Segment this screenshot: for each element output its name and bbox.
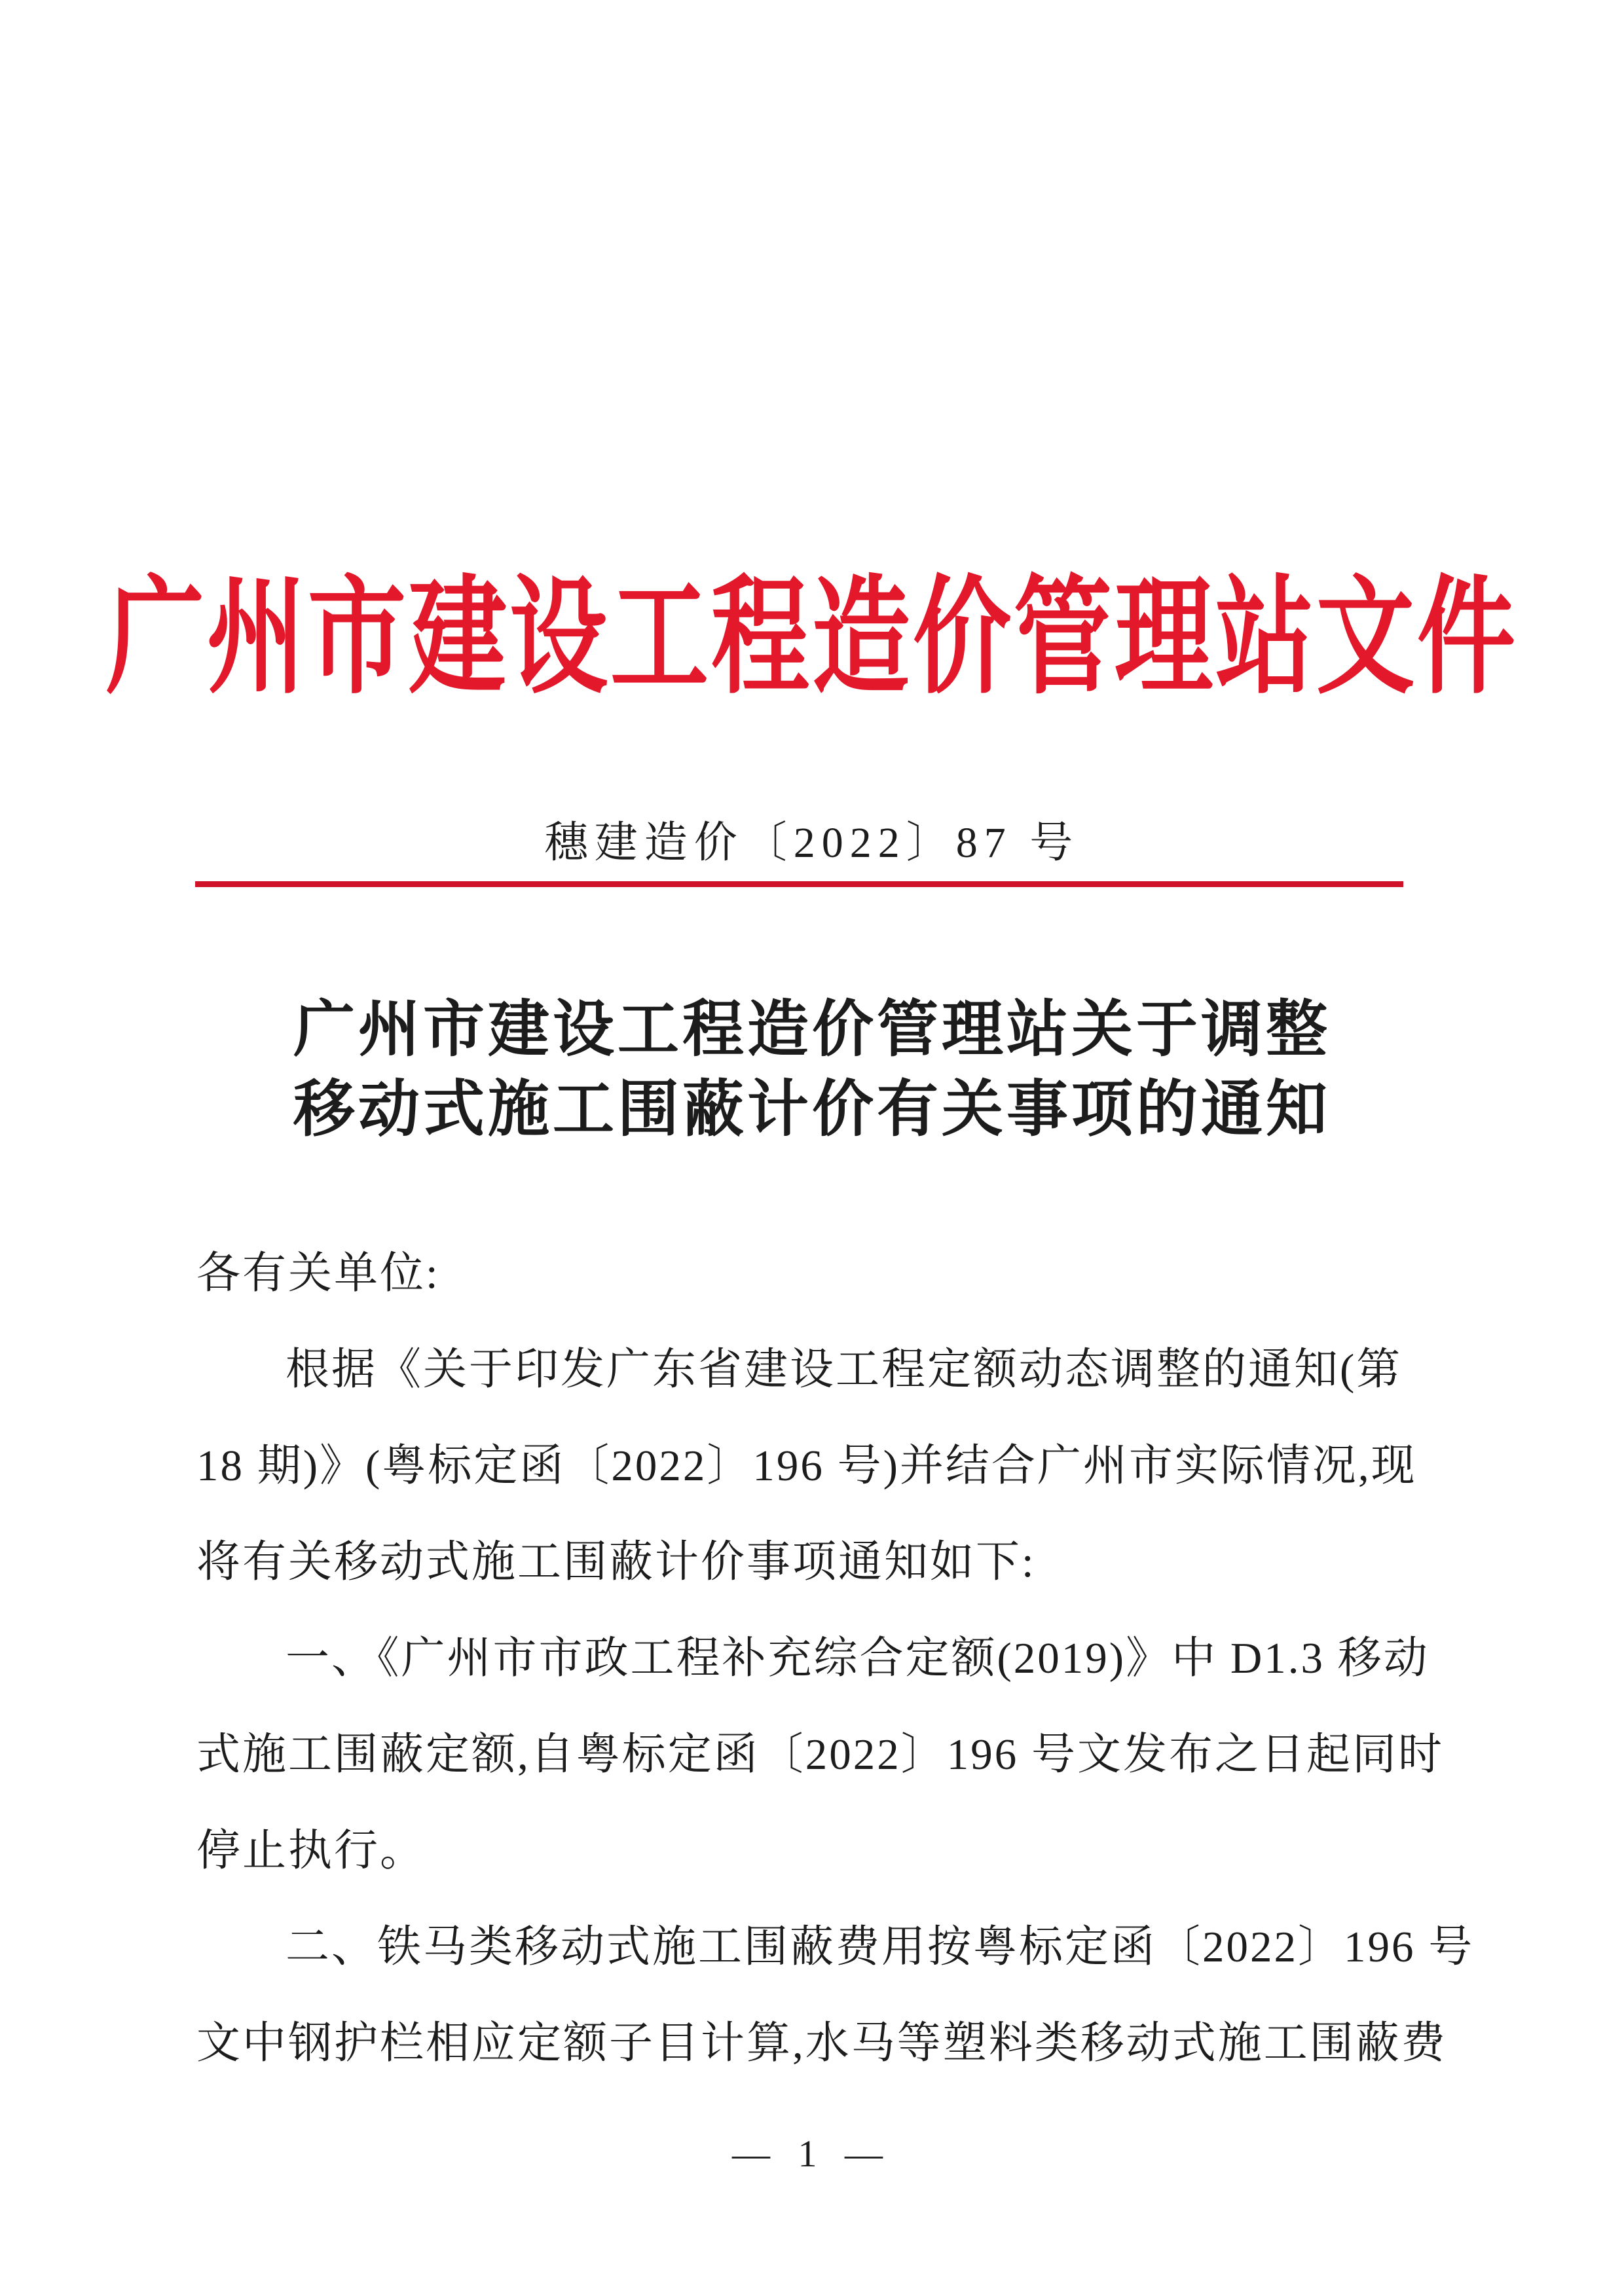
body-line: 文中钢护栏相应定额子目计算,水马等塑料类移动式施工围蔽费	[196, 1995, 1409, 2092]
body-line: 停止执行。	[196, 1803, 1409, 1899]
page-number: — 1 —	[0, 2132, 1624, 2176]
body-line: 一、《广州市市政工程补充综合定额(2019)》中 D1.3 移动	[196, 1611, 1409, 1707]
letterhead-title: 广州市建设工程造价管理站文件	[0, 575, 1624, 702]
body-line: 18 期)》(粤标定函〔2022〕196 号)并结合广州市实际情况,现	[196, 1418, 1409, 1514]
body-line: 式施工围蔽定额,自粤标定函〔2022〕196 号文发布之日起同时	[196, 1707, 1409, 1803]
notice-title-line1: 广州市建设工程造价管理站关于调整	[0, 990, 1624, 1070]
body-line: 根据《关于印发广东省建设工程定额动态调整的通知(第	[196, 1322, 1409, 1418]
document-page: 广州市建设工程造价管理站文件 穗建造价〔2022〕87 号 广州市建设工程造价管…	[0, 0, 1624, 2296]
body-line: 二、铁马类移动式施工围蔽费用按粤标定函〔2022〕196 号	[196, 1899, 1409, 1995]
notice-title-line2: 移动式施工围蔽计价有关事项的通知	[0, 1070, 1624, 1150]
document-number: 穗建造价〔2022〕87 号	[0, 820, 1624, 867]
body-line: 将有关移动式施工围蔽计价事项通知如下:	[196, 1514, 1409, 1611]
red-divider-rule	[195, 881, 1403, 887]
notice-body: 各有关单位: 根据《关于印发广东省建设工程定额动态调整的通知(第 18 期)》(…	[196, 1226, 1409, 2092]
body-line: 各有关单位:	[196, 1226, 1409, 1322]
notice-title: 广州市建设工程造价管理站关于调整 移动式施工围蔽计价有关事项的通知	[0, 990, 1624, 1150]
